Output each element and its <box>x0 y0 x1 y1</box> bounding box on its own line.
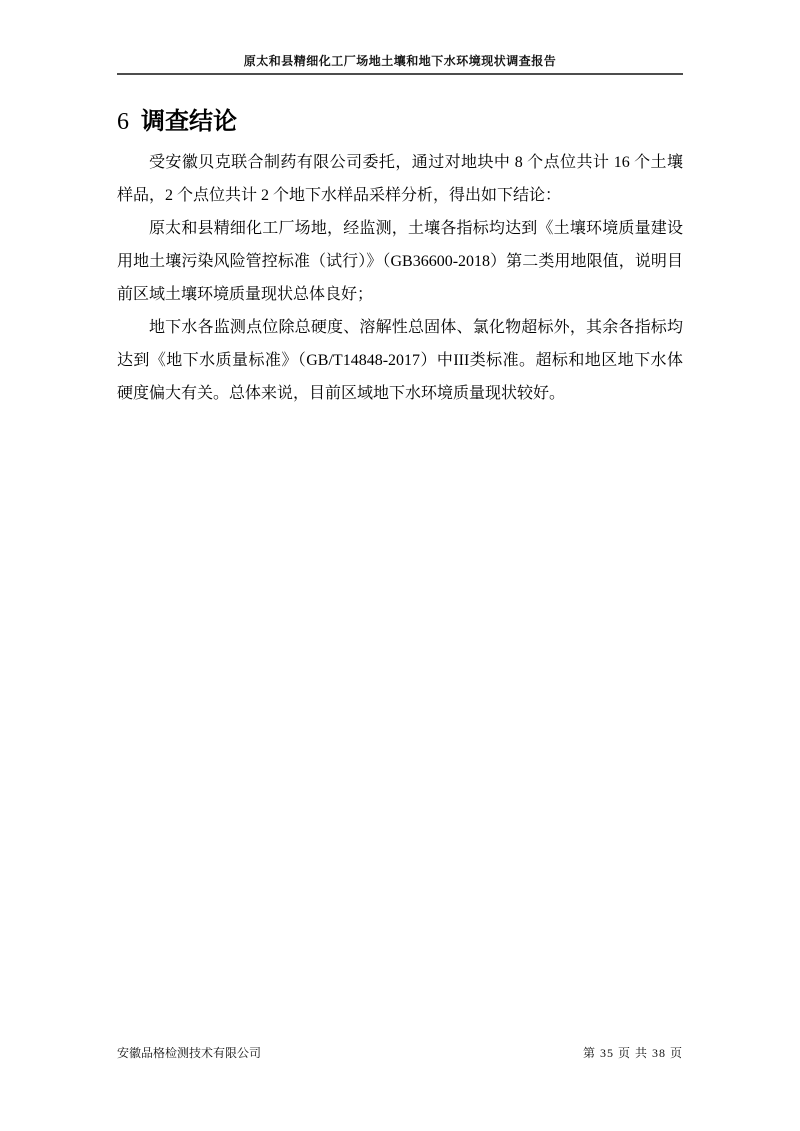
section-title: 调查结论 <box>141 108 237 135</box>
footer-company-name: 安徽品格检测技术有限公司 <box>117 1044 261 1062</box>
paragraph-soil-result: 原太和县精细化工厂场地，经监测，土壤各指标均达到《土壤环境质量建设用地土壤污染风… <box>117 212 683 311</box>
section-number: 6 <box>117 109 129 135</box>
page-header: 原太和县精细化工厂场地土壤和地下水环境现状调查报告 <box>117 0 683 75</box>
paragraph-groundwater-result: 地下水各监测点位除总硬度、溶解性总固体、氯化物超标外，其余各指标均达到《地下水质… <box>117 311 683 410</box>
footer-page-number: 第 35 页 共 38 页 <box>583 1044 683 1062</box>
document-page: 原太和县精细化工厂场地土壤和地下水环境现状调查报告 6调查结论 受安徽贝克联合制… <box>0 0 800 1131</box>
page-footer: 安徽品格检测技术有限公司 第 35 页 共 38 页 <box>117 1044 683 1062</box>
section-heading: 6调查结论 <box>117 107 683 137</box>
paragraph-conclusion-intro: 受安徽贝克联合制药有限公司委托，通过对地块中 8 个点位共计 16 个土壤样品，… <box>117 146 683 212</box>
header-title: 原太和县精细化工厂场地土壤和地下水环境现状调查报告 <box>117 54 683 69</box>
document-body: 6调查结论 受安徽贝克联合制药有限公司委托，通过对地块中 8 个点位共计 16 … <box>117 107 683 410</box>
